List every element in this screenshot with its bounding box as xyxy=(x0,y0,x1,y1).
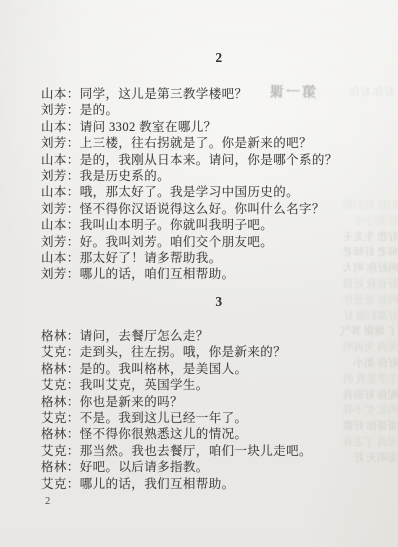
dialogue-line: 艾克：我叫艾克，英国学生。 xyxy=(41,377,388,393)
dialogue-line: 格林：好吧。以后请多指教。 xyxy=(41,459,388,475)
dialogue-line: 刘芳：我是历史系的。 xyxy=(41,168,388,184)
scanned-textbook-page: 第一课 好你 好你 们你 好们你 好 姐小李 好您 生先王 师老 好师老 吗好你… xyxy=(0,0,398,547)
dialogue-line: 山本：是的，我刚从日本来。请问，你是哪个系的？ xyxy=(41,152,388,168)
dialogue-section-2: 山本：同学，这儿是第三教学楼吧？ 刘芳：是的。 山本：请问 3302 教室在哪儿… xyxy=(41,86,388,283)
dialogue-line: 山本：哦，那太好了。我是学习中国历史的。 xyxy=(41,184,388,200)
dialogue-line: 刘芳：是的。 xyxy=(41,102,388,118)
dialogue-line: 刘芳：好。我叫刘芳。咱们交个朋友吧。 xyxy=(41,234,388,250)
dialogue-line: 山本：请问 3302 教室在哪儿？ xyxy=(41,119,388,135)
dialogue-line: 刘芳：哪儿的话，咱们互相帮助。 xyxy=(41,266,388,282)
dialogue-line: 艾克：哪儿的话，我们互相帮助。 xyxy=(41,476,388,492)
dialogue-line: 刘芳：上三楼，往右拐就是了。你是新来的吧？ xyxy=(41,135,388,151)
dialogue-section-3: 格林：请问，去餐厅怎么走？ 艾克：走到头，往左拐。哦，你是新来的？ 格林：是的。… xyxy=(41,328,388,492)
dialogue-line: 格林：你也是新来的吗？ xyxy=(41,394,388,410)
dialogue-line: 山本：我叫山本明子。你就叫我明子吧。 xyxy=(41,217,388,233)
dialogue-line: 刘芳：怪不得你汉语说得这么好。你叫什么名字？ xyxy=(41,201,388,217)
dialogue-line: 艾克：不是。我到这儿已经一年了。 xyxy=(41,410,388,426)
dialogue-line: 格林：怪不得你很熟悉这儿的情况。 xyxy=(41,426,388,442)
page-number: 2 xyxy=(45,496,51,507)
section-number-3: 3 xyxy=(40,294,398,310)
dialogue-line: 格林：请问，去餐厅怎么走？ xyxy=(41,328,388,344)
dialogue-line: 山本：那太好了！请多帮助我。 xyxy=(41,250,388,266)
dialogue-line: 艾克：那当然。我也去餐厅，咱们一块儿走吧。 xyxy=(41,443,388,459)
bleedthrough-line: 好都们他 好 xyxy=(246,309,398,325)
dialogue-line: 山本：同学，这儿是第三教学楼吧？ xyxy=(41,86,388,102)
dialogue-line: 艾克：走到头，往左拐。哦，你是新来的？ xyxy=(41,344,388,360)
dialogue-line: 格林：是的。我叫格林，是美国人。 xyxy=(41,361,388,377)
section-number-2: 2 xyxy=(40,50,398,66)
